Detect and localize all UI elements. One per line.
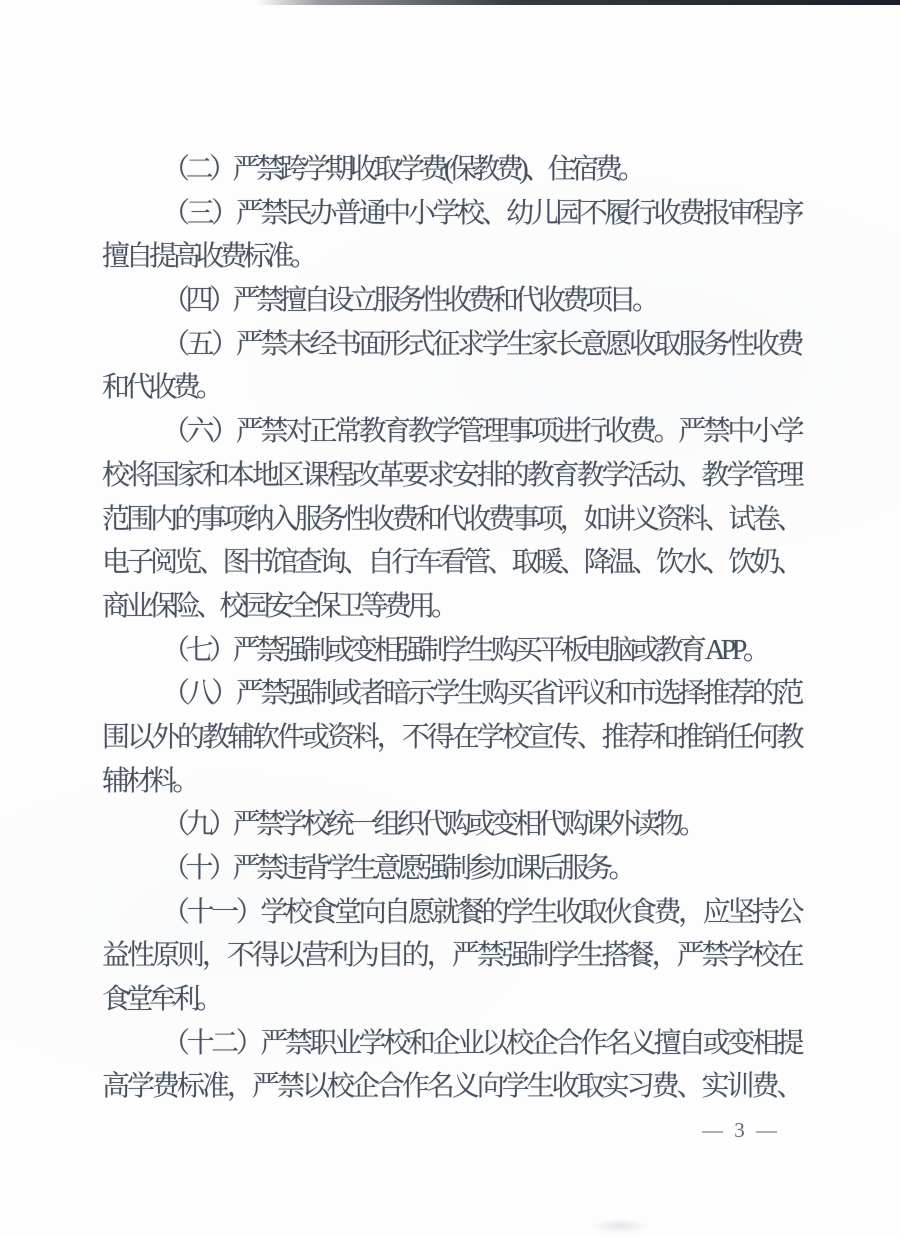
document-line: （五）严禁未经书面形式征求学生家长意愿收取服务性收费 [102, 323, 800, 367]
document-line: （三）严禁民办普通中小学校、幼儿园不履行收费报审程序 [102, 192, 800, 236]
document-body: （二）严禁跨学期收取学费(保教费)、住宿费。（三）严禁民办普通中小学校、幼儿园不… [102, 148, 800, 1109]
document-line: 和代收费。 [102, 366, 800, 410]
document-line: （六）严禁对正常教育教学管理事项进行收费。严禁中小学 [102, 410, 800, 454]
document-line: 益性原则，不得以营利为目的，严禁强制学生搭餐，严禁学校在 [102, 934, 800, 978]
document-line: 高学费标准，严禁以校企合作名义向学生收取实习费、实训费、 [102, 1065, 800, 1109]
document-line: （十一）学校食堂向自愿就餐的学生收取伙食费，应坚持公 [102, 891, 800, 935]
document-line: （四）严禁擅自设立服务性收费和代收费项目。 [102, 279, 800, 323]
scanned-document-page: （二）严禁跨学期收取学费(保教费)、住宿费。（三）严禁民办普通中小学校、幼儿园不… [0, 0, 900, 1236]
document-line: （九）严禁学校统一组织代购或变相代购课外读物。 [102, 803, 800, 847]
page-number: — 3 — [702, 1118, 780, 1143]
document-line: （十二）严禁职业学校和企业以校企合作名义擅自或变相提 [102, 1022, 800, 1066]
document-line: 商业保险、校园安全保卫等费用。 [102, 585, 800, 629]
document-line: 校将国家和本地区课程改革要求安排的教育教学活动、教学管理 [102, 454, 800, 498]
document-line: 电子阅览、图书馆查询、自行车看管、取暖、降温、饮水、饮奶、 [102, 541, 800, 585]
document-line: 辅材料。 [102, 760, 800, 804]
document-line: （七）严禁强制或变相强制学生购买平板电脑或教育 APP。 [102, 629, 800, 673]
document-line: 围以外的教辅软件或资料，不得在学校宣传、推荐和推销任何教 [102, 716, 800, 760]
document-line: （二）严禁跨学期收取学费(保教费)、住宿费。 [102, 148, 800, 192]
document-line: 擅自提高收费标准。 [102, 235, 800, 279]
document-line: 食堂牟利。 [102, 978, 800, 1022]
document-line: （八）严禁强制或者暗示学生购买省评议和市选择推荐的范 [102, 672, 800, 716]
document-line: （十）严禁违背学生意愿强制参加课后服务。 [102, 847, 800, 891]
document-line: 范围内的事项纳入服务性收费和代收费事项，如讲义资料、试卷、 [102, 498, 800, 542]
scan-edge-artifact [256, 0, 900, 5]
scan-smudge-artifact [592, 1218, 648, 1234]
